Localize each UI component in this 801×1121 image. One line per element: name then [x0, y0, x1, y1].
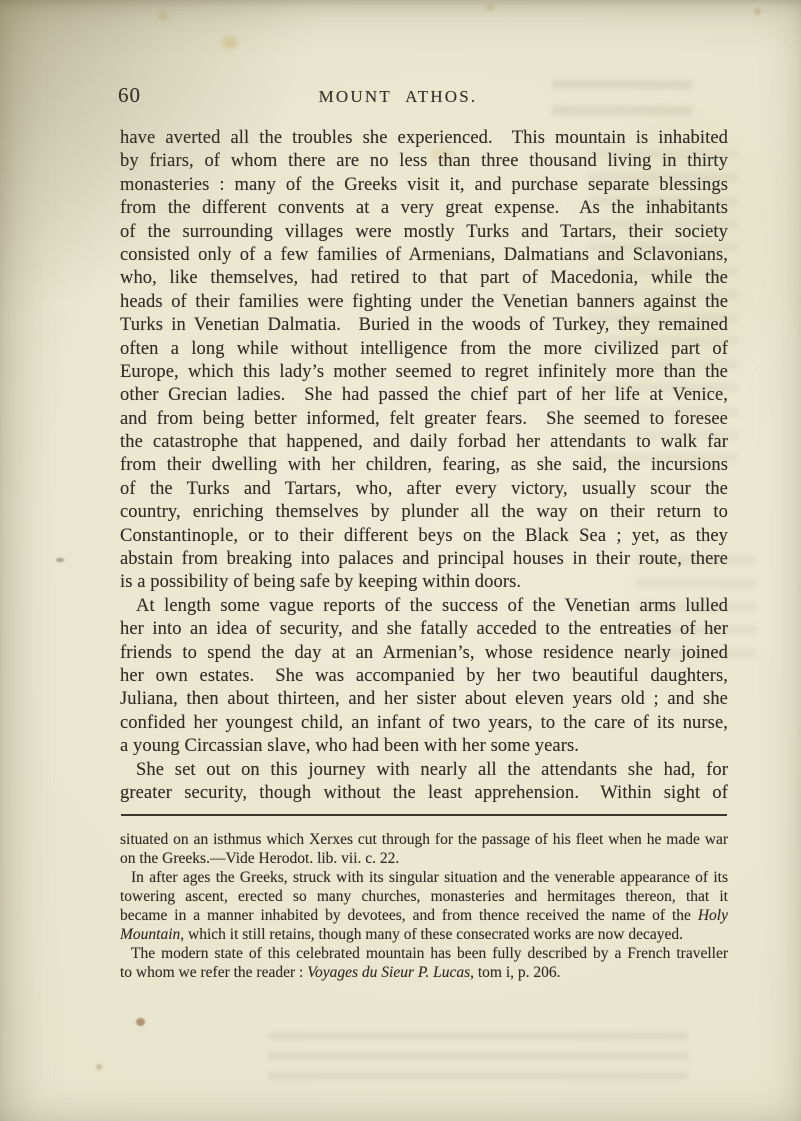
body-line: and from being better informed, felt gre…: [120, 408, 728, 431]
body-line: Turks in Venetian Dalmatia. Buried in th…: [120, 314, 728, 337]
footnote-line: became in a manner inhabited by devotees…: [120, 906, 728, 925]
body-line: Juliana, then about thirteen, and her si…: [120, 688, 728, 711]
paper-speck: [136, 1018, 145, 1026]
body-line: consisted only of a few families of Arme…: [120, 244, 728, 267]
body-line: often a long while without intelligence …: [120, 338, 728, 361]
footnote-text: to whom we refer the reader :: [120, 964, 307, 981]
body-line: her own estates. She was accompanied by …: [120, 665, 728, 688]
footnote-line-paragraph-start: The modern state of this celebrated moun…: [120, 944, 728, 963]
paper-stain: [222, 36, 238, 49]
footnote-line: Mountain, which it still retains, though…: [120, 925, 728, 944]
body-line: from their dwelling with her children, f…: [120, 454, 728, 477]
body-line: of the surrounding villages were mostly …: [120, 221, 728, 244]
body-line: country, enriching themselves by plunder…: [120, 501, 728, 524]
footnote-line: situated on an isthmus which Xerxes cut …: [120, 830, 728, 849]
footnote-italic-phrase: Mountain: [120, 926, 180, 943]
footnote-italic-phrase: Holy: [698, 907, 728, 924]
book-page-scan: 60 MOUNT ATHOS. have averted all the tro…: [0, 0, 801, 1121]
body-line: friends to spend the day at an Armenian’…: [120, 642, 728, 665]
body-line: who, like themselves, had retired to tha…: [120, 267, 728, 290]
footnote-line-citation: to whom we refer the reader : Voyages du…: [120, 963, 728, 982]
body-line: Constantinople, or to their different be…: [120, 525, 728, 548]
body-line: monasteries : many of the Greeks visit i…: [120, 174, 728, 197]
body-line: the catastrophe that happened, and daily…: [120, 431, 728, 454]
body-line: have averted all the troubles she experi…: [120, 127, 728, 150]
footnote-text: , tom i, p. 206.: [470, 964, 560, 981]
body-line-paragraph-start: At length some vague reports of the succ…: [120, 595, 728, 618]
paper-speck: [56, 558, 64, 562]
footnote-text: became in a manner inhabited by devotees…: [120, 907, 698, 924]
body-line: abstain from breaking into palaces and p…: [120, 548, 728, 571]
paper-speck: [754, 8, 761, 15]
body-line: heads of their families were fighting un…: [120, 291, 728, 314]
footnote-text: , which it still retains, though many of…: [180, 926, 683, 943]
body-line-paragraph-end: a young Circassian slave, who had been w…: [120, 735, 728, 758]
paper-stain: [158, 12, 168, 21]
footnote-book-title: Voyages du Sieur P. Lucas: [307, 964, 470, 981]
paper-speck: [486, 4, 495, 11]
body-text: have averted all the troubles she experi…: [120, 127, 728, 805]
body-line: confided her youngest child, an infant o…: [120, 712, 728, 735]
body-line-paragraph-start: She set out on this journey with nearly …: [120, 759, 728, 782]
paper-speck: [96, 1064, 102, 1070]
body-line: her into an idea of security, and she fa…: [120, 618, 728, 641]
body-line: from the different convents at a very gr…: [120, 197, 728, 220]
body-line: by friars, of whom there are no less tha…: [120, 150, 728, 173]
footnote-line-paragraph-start: In after ages the Greeks, struck with it…: [120, 868, 728, 887]
body-line: other Grecian ladies. She had passed the…: [120, 384, 728, 407]
footnote-divider-rule: [121, 814, 727, 816]
running-header: MOUNT ATHOS.: [94, 87, 702, 106]
body-line: Europe, which this lady’s mother seemed …: [120, 361, 728, 384]
body-line-paragraph-end: is a possibility of being safe by keepin…: [120, 571, 728, 594]
footnote: situated on an isthmus which Xerxes cut …: [120, 830, 728, 982]
footnote-line: towering ascent, erected so many churche…: [120, 887, 728, 906]
footnote-line-citation: on the Greeks.—Vide Herodot. lib. vii. c…: [120, 849, 728, 868]
body-line: of the Turks and Tartars, who, after eve…: [120, 478, 728, 501]
showthrough-ghost-text: [268, 1032, 688, 1090]
body-line: greater security, though without the lea…: [120, 782, 728, 805]
